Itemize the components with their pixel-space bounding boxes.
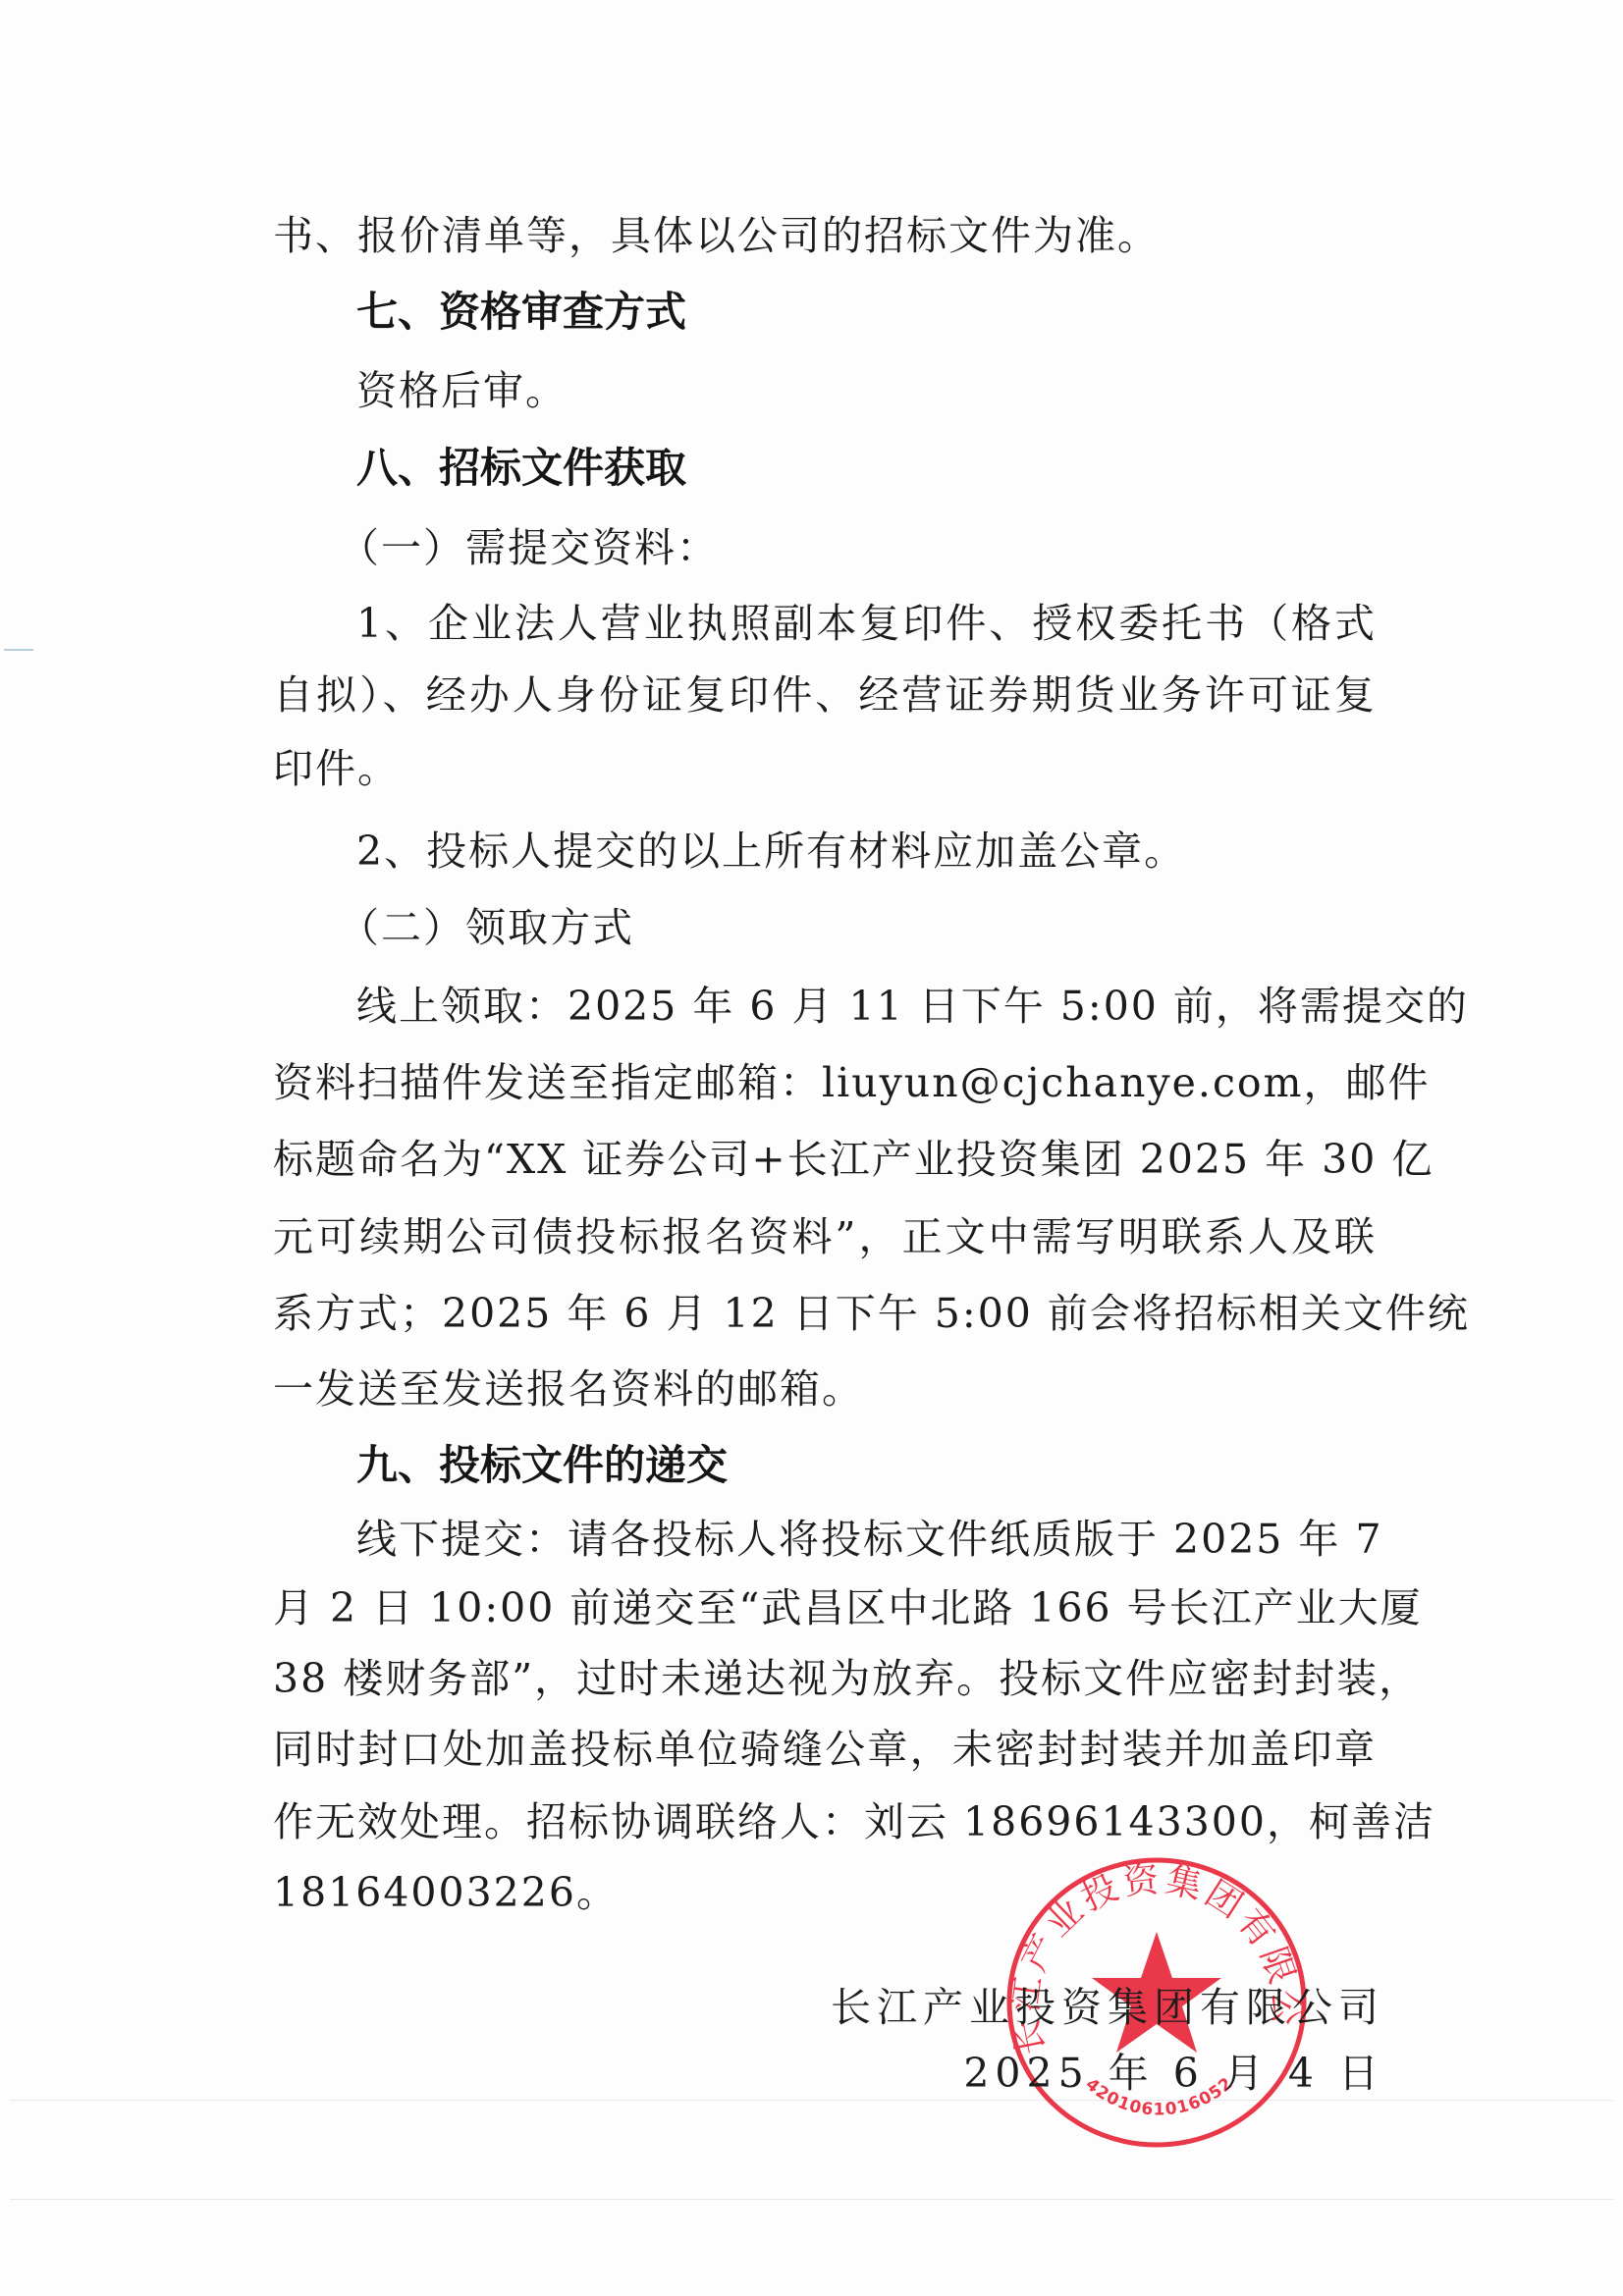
paragraph-line: 同时封口处加盖投标单位骑缝公章，未密封封装并加盖印章 [273, 1720, 1377, 1779]
paragraph-line: 一发送至发送报名资料的邮箱。 [273, 1360, 1377, 1418]
section-heading-8: 八、招标文件获取 [356, 439, 686, 498]
paragraph-line: 线下提交：请各投标人将投标文件纸质版于 2025 年 7 [356, 1510, 1377, 1569]
paragraph-line: 标题命名为“XX 证券公司+长江产业投资集团 2025 年 30 亿 [273, 1130, 1377, 1189]
paragraph-line: 书、报价清单等，具体以公司的招标文件为准。 [273, 206, 1377, 265]
scan-edge-mark [4, 649, 33, 651]
paragraph-line: 2、投标人提交的以上所有材料应加盖公章。 [356, 822, 1377, 881]
paragraph-line: 线上领取：2025 年 6 月 11 日下午 5:00 前，将需提交的 [356, 977, 1377, 1036]
section-heading-9: 九、投标文件的递交 [356, 1436, 728, 1495]
subsection-heading: （二）领取方式 [339, 898, 1359, 957]
paragraph-line: 月 2 日 10:00 前递交至“武昌区中北路 166 号长江产业大厦 [273, 1578, 1377, 1637]
paragraph-line: 元可续期公司债投标报名资料”，正文中需写明联系人及联 [273, 1207, 1377, 1266]
scan-line [10, 2199, 1613, 2200]
paragraph-line: 1、企业法人营业执照副本复印件、授权委托书（格式 [356, 594, 1377, 653]
paragraph-line: 系方式；2025 年 6 月 12 日下午 5:00 前会将招标相关文件统 [273, 1284, 1377, 1343]
paragraph-line: 资料扫描件发送至指定邮箱：liuyun@cjchanye.com，邮件 [273, 1053, 1377, 1112]
paragraph-line: 自拟）、经办人身份证复印件、经营证券期货业务许可证复 [273, 666, 1377, 724]
signature-date: 2025 年 6 月 4 日 [963, 2044, 1384, 2103]
paragraph-line: 资格后审。 [356, 361, 1377, 420]
document-page: 书、报价清单等，具体以公司的招标文件为准。 七、资格审查方式 资格后审。 八、招… [0, 0, 1623, 2296]
paragraph-line: 印件。 [273, 739, 1377, 798]
subsection-heading: （一）需提交资料： [339, 518, 1359, 577]
paragraph-line: 作无效处理。招标协调联络人：刘云 18696143300，柯善洁 [273, 1792, 1377, 1851]
signature-company: 长江产业投资集团有限公司 [831, 1978, 1384, 2037]
paragraph-line: 38 楼财务部”，过时未递达视为放弃。投标文件应密封封装， [273, 1649, 1377, 1708]
section-heading-7: 七、资格审查方式 [356, 283, 686, 342]
